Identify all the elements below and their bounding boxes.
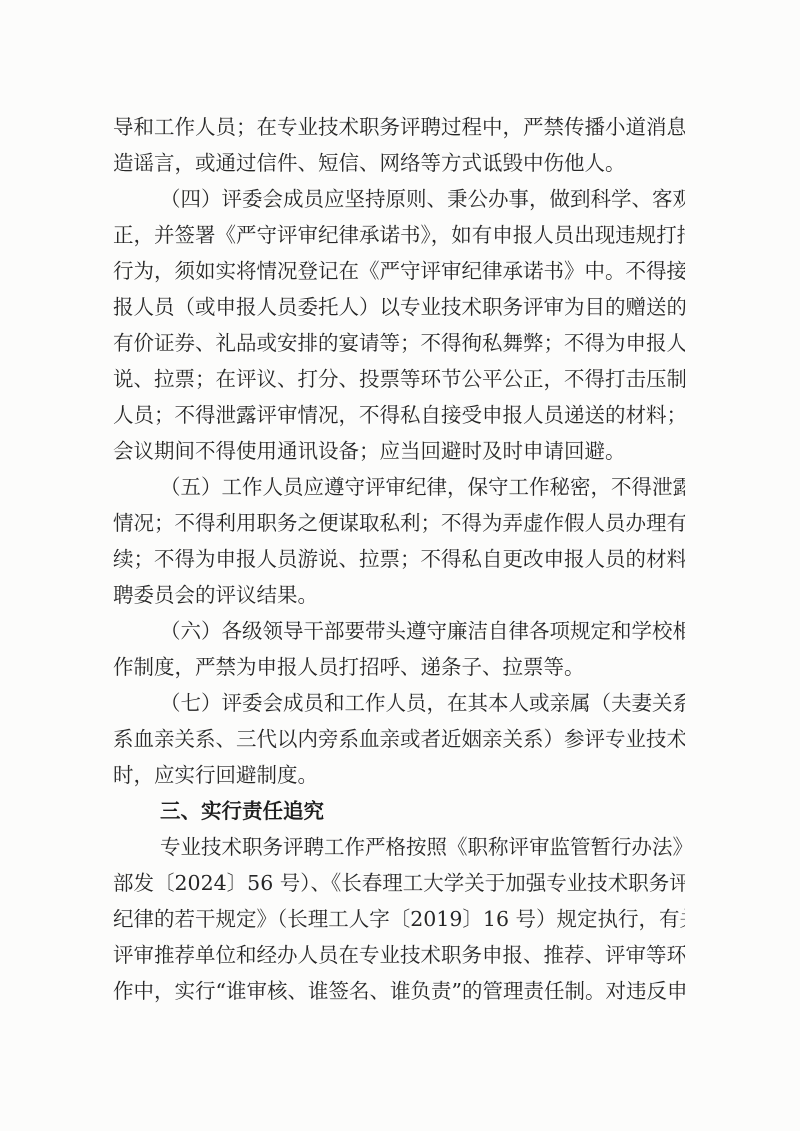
paragraph-7-start: （七）评委会成员和工作人员，在其本人或亲属（夫妻关系、直 xyxy=(113,685,685,721)
text-line: 报人员（或申报人员委托人）以专业技术职务评审为目的赠送的现金、 xyxy=(113,289,685,325)
text-line: 作制度，严禁为申报人员打招呼、递条子、拉票等。 xyxy=(113,649,685,685)
text-line: 评审推荐单位和经办人员在专业技术职务申报、推荐、评审等环节工 xyxy=(113,937,685,973)
text-line: 纪律的若干规定》（长理工人字〔2019〕16 号）规定执行，有关部门、 xyxy=(113,901,685,937)
paragraph-5-start: （五）工作人员应遵守评审纪律，保守工作秘密，不得泄露评审 xyxy=(113,469,685,505)
text-line: 部发〔2024〕56 号）、《长春理工大学关于加强专业技术职务评聘工作 xyxy=(113,865,685,901)
text-line: 作中，实行“谁审核、谁签名、谁负责”的管理责任制。对违反申报 xyxy=(113,973,685,1009)
text-line: 续；不得为申报人员游说、拉票；不得私自更改申报人员的材料和评 xyxy=(113,541,685,577)
document-page: 导和工作人员；在专业技术职务评聘过程中，严禁传播小道消息、编 造谣言，或通过信件… xyxy=(0,0,800,1131)
paragraph-6-start: （六）各级领导干部要带头遵守廉洁自律各项规定和学校相关工 xyxy=(113,613,685,649)
text-line: 情况；不得利用职务之便谋取私利；不得为弄虚作假人员办理有关手 xyxy=(113,505,685,541)
paragraph-section3-start: 专业技术职务评聘工作严格按照《职称评审监管暂行办法》（人社 xyxy=(113,829,685,865)
section-heading: 三、实行责任追究 xyxy=(113,793,685,829)
text-line: 正，并签署《严守评审纪律承诺书》，如有申报人员出现违规打招呼等 xyxy=(113,217,685,253)
text-line: 人员；不得泄露评审情况，不得私自接受申报人员递送的材料；评聘 xyxy=(113,397,685,433)
paragraph-4-start: （四）评委会成员应坚持原则、秉公办事，做到科学、客观、公 xyxy=(113,181,685,217)
text-line: 有价证券、礼品或安排的宴请等；不得徇私舞弊；不得为申报人员游 xyxy=(113,325,685,361)
text-line: 会议期间不得使用通讯设备；应当回避时及时申请回避。 xyxy=(113,433,685,469)
text-line: 导和工作人员；在专业技术职务评聘过程中，严禁传播小道消息、编 xyxy=(113,109,685,145)
text-line: 说、拉票；在评议、打分、投票等环节公平公正，不得打击压制申报 xyxy=(113,361,685,397)
text-line: 时，应实行回避制度。 xyxy=(113,757,685,793)
text-line: 聘委员会的评议结果。 xyxy=(113,577,685,613)
text-line: 行为，须如实将情况登记在《严守评审纪律承诺书》中。不得接受申 xyxy=(113,253,685,289)
document-body: 导和工作人员；在专业技术职务评聘过程中，严禁传播小道消息、编 造谣言，或通过信件… xyxy=(113,109,685,1009)
text-line: 系血亲关系、三代以内旁系血亲或者近姻亲关系）参评专业技术职务 xyxy=(113,721,685,757)
text-line: 造谣言，或通过信件、短信、网络等方式诋毁中伤他人。 xyxy=(113,145,685,181)
